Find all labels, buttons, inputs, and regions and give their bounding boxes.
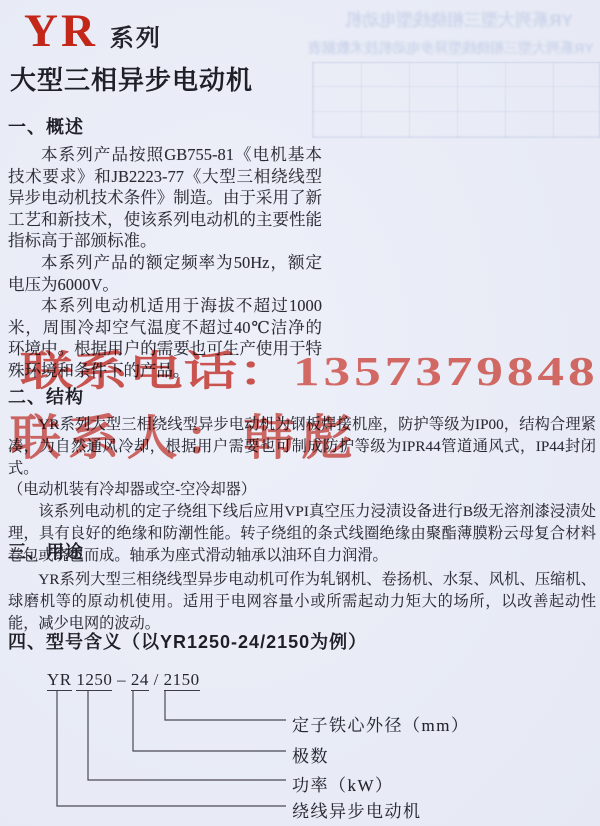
watermark-phone-label: 联系电话：: [20, 348, 293, 394]
watermark-phone-line: 联系电话：13573798481: [20, 351, 600, 392]
diagram-label-wound-motor: 绕线异步电动机: [292, 797, 422, 822]
diagram-label-power: 功率（kW）: [292, 771, 394, 796]
scanned-catalog-page: YR系列大型三相绕线型电动机 YR系列大型三相绕线型异步电动机技术数据表 YR …: [0, 0, 600, 826]
watermark-contact-person: 联系人：韩彪: [10, 415, 360, 463]
diagram-label-poles: 极数: [292, 742, 329, 767]
watermark-phone-number: 13573798481: [293, 348, 600, 394]
diagram-label-stator-diameter: 定子铁心外径（mm）: [292, 711, 469, 736]
